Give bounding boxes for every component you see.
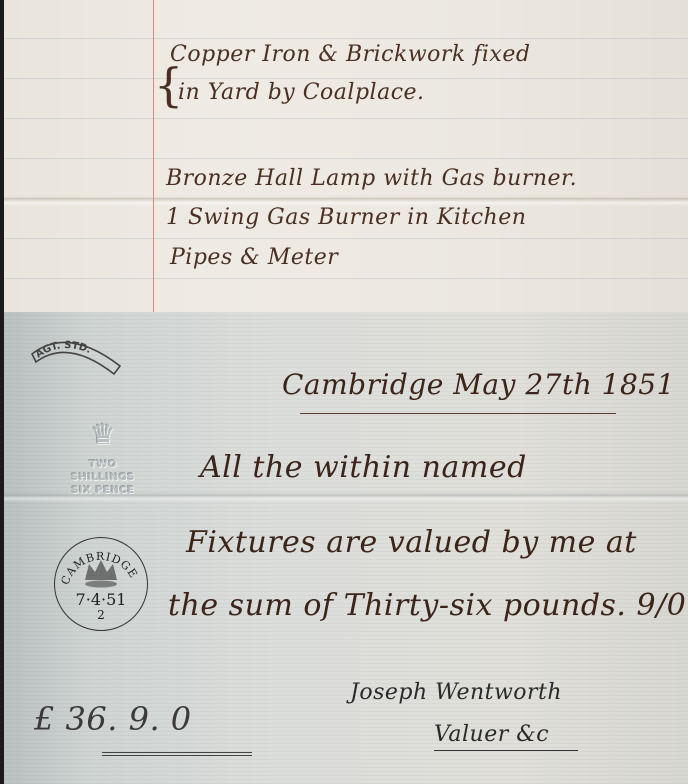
signature-underline: [434, 750, 578, 751]
inventory-line-2: in Yard by Coalplace.: [178, 80, 425, 105]
inventory-line-1: Copper Iron & Brickwork fixed: [170, 42, 530, 67]
red-margin-line: [153, 0, 154, 312]
crown-icon: ♛: [44, 420, 162, 450]
valuation-line-3: the sum of Thirty-six pounds. 9/0: [168, 588, 686, 623]
signature-name: Joseph Wentworth: [350, 680, 562, 705]
document-photo: { Copper Iron & Brickwork fixed in Yard …: [4, 0, 688, 784]
postmark-date: 7·4·51: [55, 590, 147, 609]
duty-text-2: SHILLINGS: [44, 471, 162, 484]
dateline-underline: [300, 413, 616, 414]
upper-ruled-sheet: { Copper Iron & Brickwork fixed in Yard …: [4, 0, 688, 312]
duty-text-1: TWO: [44, 458, 162, 471]
valuation-line-2: Fixtures are valued by me at: [186, 525, 637, 560]
postmark-number: 2: [55, 608, 147, 622]
duty-text-3: SIX PENCE: [44, 484, 162, 497]
inventory-line-3: Bronze Hall Lamp with Gas burner.: [166, 166, 577, 191]
inventory-line-5: Pipes & Meter: [170, 245, 338, 270]
embossed-duty-stamp: ♛ TWO SHILLINGS SIX PENCE: [44, 420, 162, 530]
amount-underline: [102, 752, 252, 753]
valuation-line-1: All the within named: [200, 450, 527, 485]
dateline: Cambridge May 27th 1851: [282, 368, 675, 401]
amount-underline-2: [102, 755, 252, 756]
signature-title: Valuer &c: [434, 722, 549, 747]
amount-total: £ 36. 9. 0: [34, 700, 192, 738]
svg-text:AGT. STD.: AGT. STD.: [34, 340, 93, 360]
arc-stamp-text: AGT. STD.: [34, 340, 93, 360]
cambridge-postmark: CAMBRIDGE 7·4·51 2: [54, 537, 148, 631]
arc-stamp: AGT. STD.: [28, 332, 124, 376]
inventory-line-4: 1 Swing Gas Burner in Kitchen: [166, 205, 526, 230]
